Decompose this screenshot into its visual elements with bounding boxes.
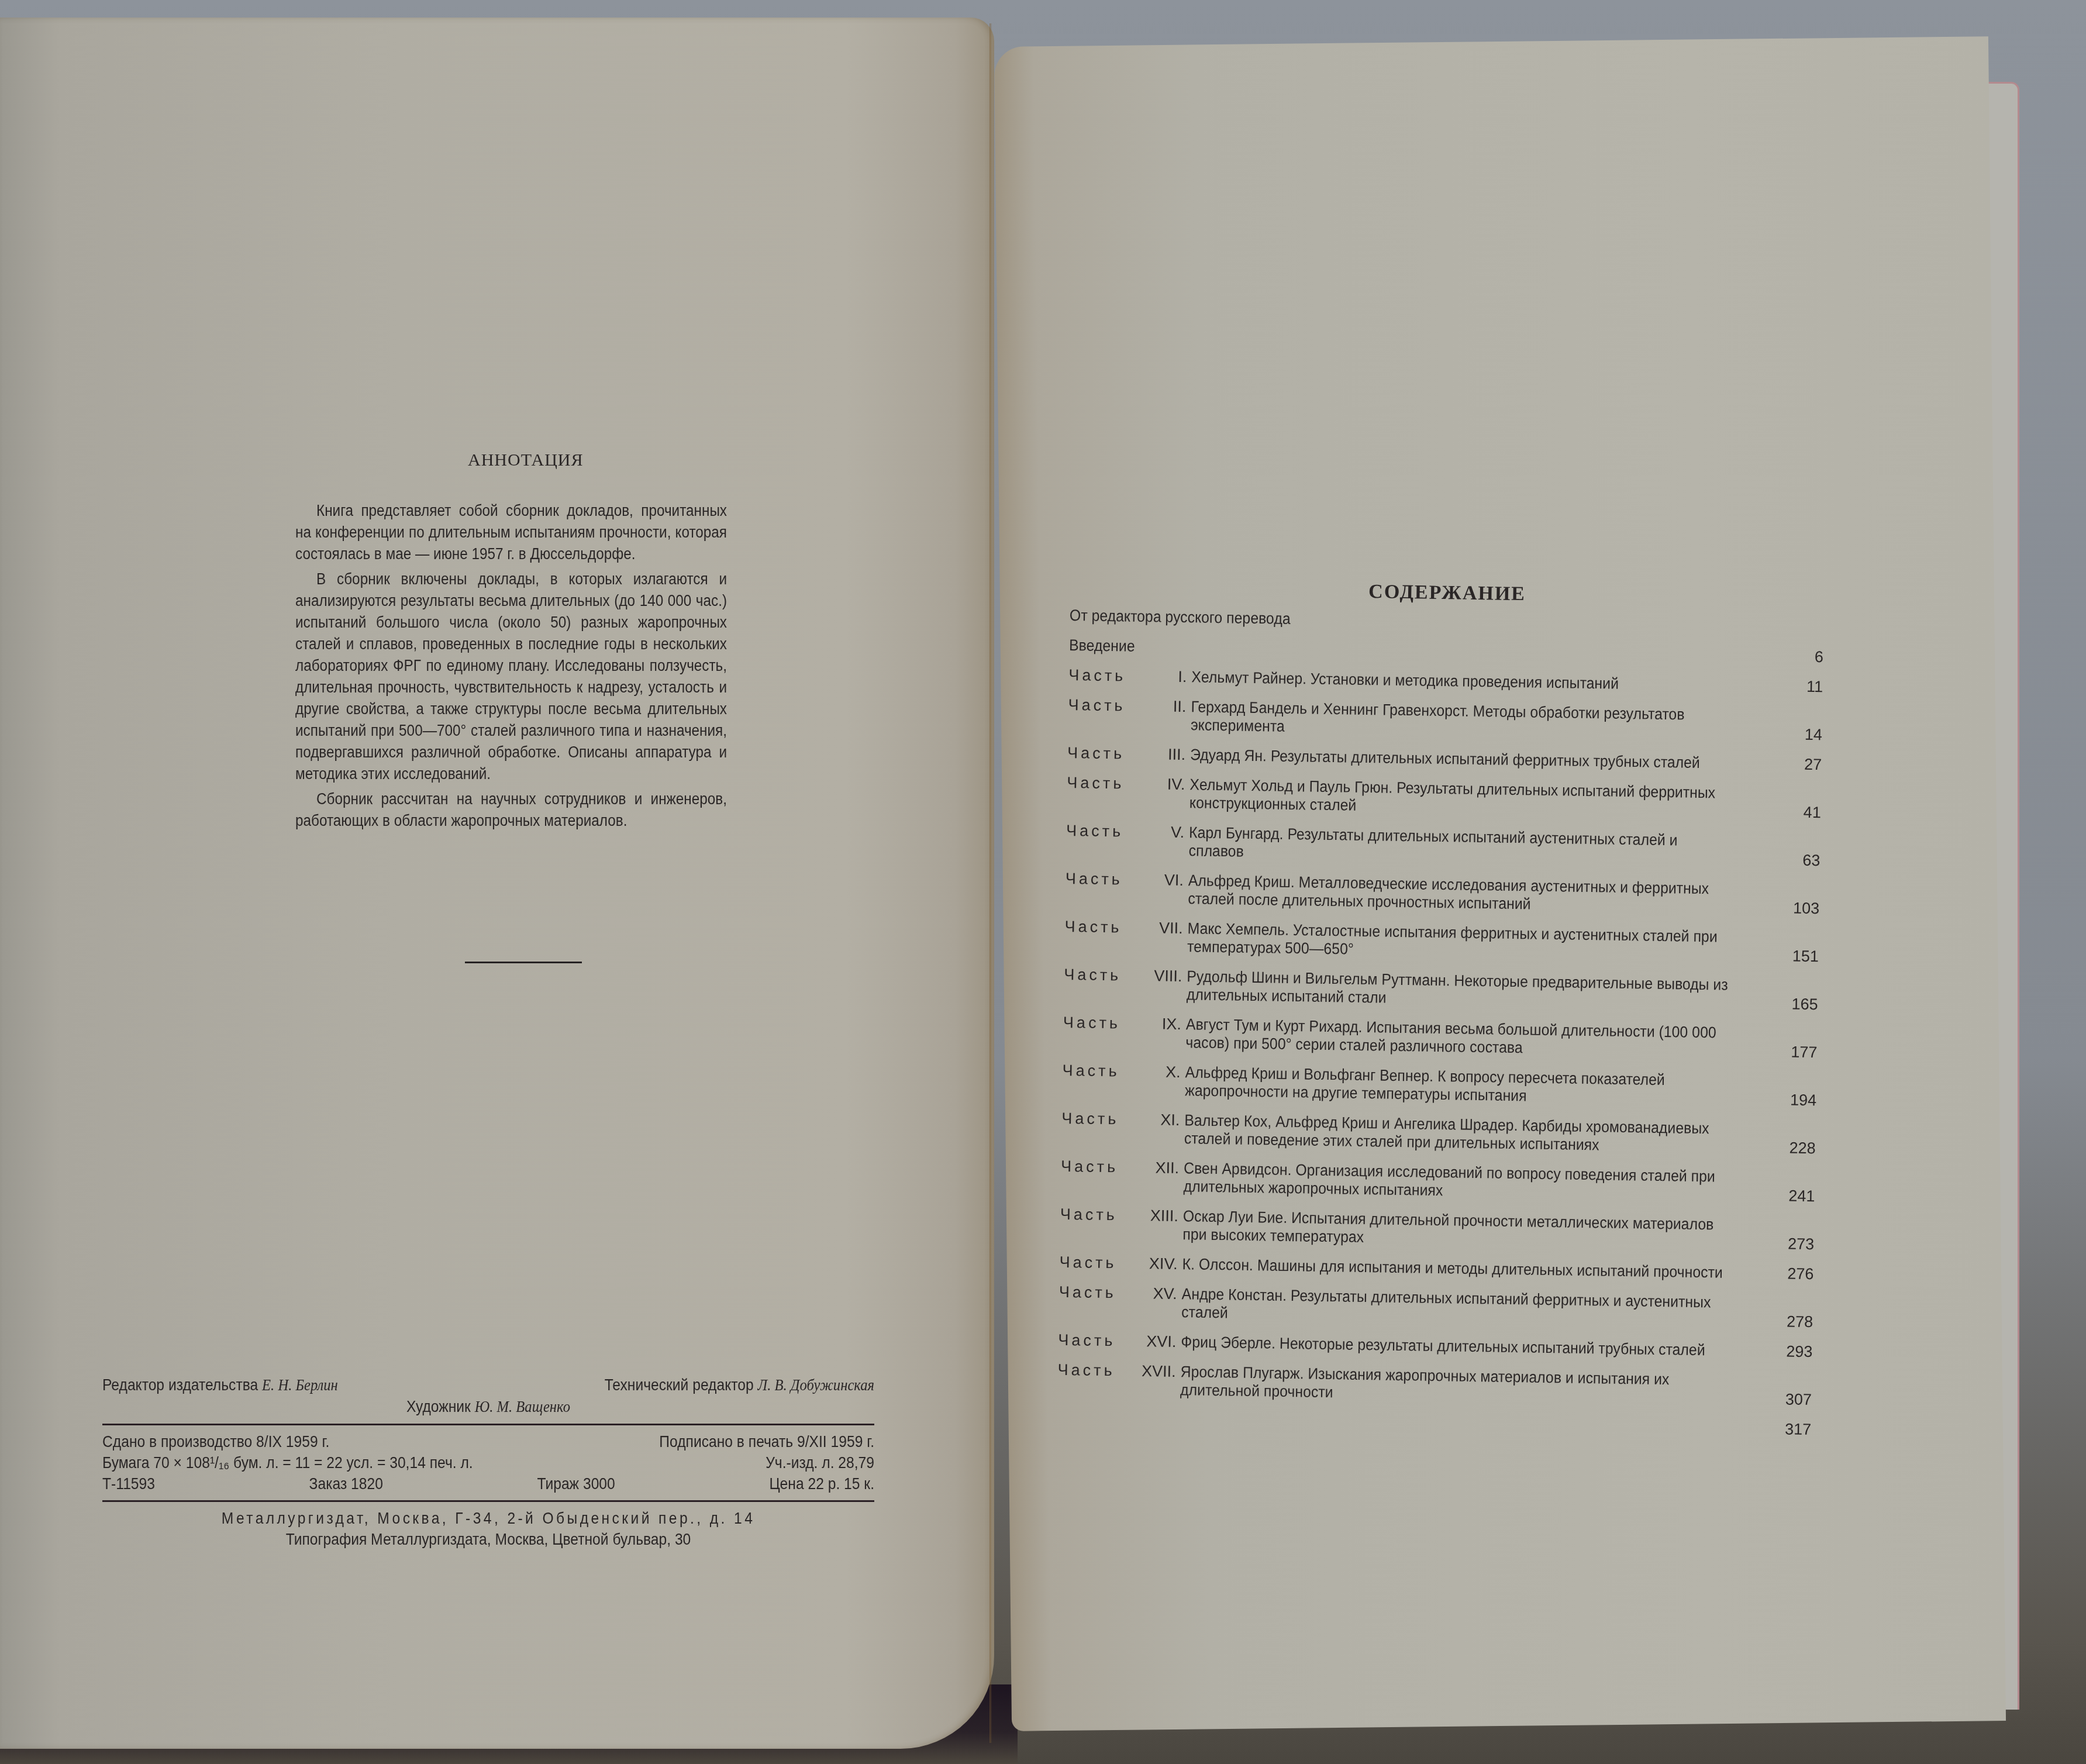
order-number: Заказ 1820 bbox=[309, 1473, 383, 1494]
toc-entry-title: От редактора русского перевода bbox=[1070, 607, 1726, 635]
toc-part-number: XII. bbox=[1125, 1159, 1184, 1178]
toc-part-label: Часть bbox=[1066, 822, 1130, 841]
toc-part-number: XV. bbox=[1123, 1284, 1182, 1304]
annotation-title: АННОТАЦИЯ bbox=[468, 450, 584, 470]
toc-entry-title: Герхард Бандель и Хеннинг Гравенхорст. М… bbox=[1191, 698, 1735, 743]
toc-entry: ЧастьVII.Макс Хемпель. Усталостные испыт… bbox=[1064, 918, 1819, 966]
toc-entry-page: 41 bbox=[1780, 803, 1821, 822]
annotation-body: Книга представляет собой сборник докладо… bbox=[295, 500, 727, 835]
toc-part-label: Часть bbox=[1068, 666, 1133, 685]
toc-entry-page: 276 bbox=[1773, 1265, 1813, 1283]
toc-entry-page: 241 bbox=[1774, 1187, 1815, 1205]
paper-spec: Бумага 70 × 108¹/₁₆ бум. л. = 11 = 22 ус… bbox=[102, 1452, 473, 1473]
toc-entry: ЧастьXI.Вальтер Кох, Альфред Криш и Анге… bbox=[1061, 1110, 1816, 1157]
toc-entry-page: 103 bbox=[1778, 899, 1819, 918]
toc-entry-page: 27 bbox=[1781, 755, 1822, 774]
toc-entry: ЧастьIV.Хельмут Хольд и Пауль Грюн. Резу… bbox=[1067, 774, 1822, 822]
toc-entry-title: Хельмут Райнер. Установки и методика про… bbox=[1191, 668, 1735, 695]
toc-part-number: V. bbox=[1130, 823, 1189, 842]
toc-entry-title: Андре Констан. Результаты длительных исп… bbox=[1181, 1285, 1725, 1330]
toc-trailing-page: 317 bbox=[1057, 1409, 1811, 1439]
toc-entry-title: Макс Хемпель. Усталостные испытания ферр… bbox=[1187, 919, 1731, 964]
artist-credit: Художник Ю. М. Ващенко bbox=[102, 1396, 874, 1418]
toc-entry-title: Альфред Криш и Вольфганг Вепнер. К вопро… bbox=[1185, 1063, 1729, 1108]
order-row: Т-11593 Заказ 1820 Тираж 3000 Цена 22 р.… bbox=[102, 1473, 874, 1494]
imprint-rule bbox=[102, 1424, 874, 1425]
toc-entry: ЧастьIII.Эдуард Ян. Результаты длительны… bbox=[1067, 744, 1822, 774]
toc-entry-page: 293 bbox=[1771, 1342, 1812, 1361]
toc-part-label: Часть bbox=[1066, 870, 1130, 889]
paper-row: Бумага 70 × 108¹/₁₆ бум. л. = 11 = 22 ус… bbox=[102, 1452, 874, 1473]
toc-entry-title: Альфред Криш. Металловедческие исследова… bbox=[1188, 871, 1732, 917]
toc-entry-title: Карл Бунгард. Результаты длительных испы… bbox=[1188, 824, 1732, 869]
toc-part-number: XVII. bbox=[1122, 1362, 1180, 1381]
editors-row: Редактор издательства Е. Н. Берлин Техни… bbox=[102, 1374, 874, 1396]
toc-entry-page: 6 bbox=[1782, 647, 1823, 666]
toc-entry: ЧастьXVII.Ярослав Плугарж. Изыскания жар… bbox=[1057, 1361, 1812, 1409]
toc-part-label: Часть bbox=[1061, 1157, 1125, 1177]
toc-entry: ЧастьIX.Август Тум и Курт Рихард. Испыта… bbox=[1063, 1014, 1818, 1062]
toc-part-number: XIV. bbox=[1123, 1255, 1182, 1274]
toc-part-label: Часть bbox=[1062, 1062, 1126, 1081]
toc-entry-title: Ярослав Плугарж. Изыскания жаропрочных м… bbox=[1180, 1363, 1724, 1408]
toc-part-number: X. bbox=[1126, 1063, 1185, 1082]
editor-label: Редактор издательства bbox=[102, 1376, 258, 1394]
separator-rule bbox=[465, 962, 582, 963]
toc-entry: ЧастьXV.Андре Констан. Результаты длител… bbox=[1058, 1283, 1813, 1331]
toc-entry: ЧастьXII.Свен Арвидсон. Организация иссл… bbox=[1060, 1157, 1815, 1205]
imprint-block: Редактор издательства Е. Н. Берлин Техни… bbox=[102, 1374, 874, 1550]
toc-entry: ЧастьI.Хельмут Райнер. Установки и метод… bbox=[1068, 666, 1823, 696]
toc-entry: ЧастьXIV.К. Олссон. Машины для испытания… bbox=[1059, 1253, 1813, 1283]
toc-entry-page: 228 bbox=[1775, 1139, 1816, 1157]
toc-entry-title: К. Олссон. Машины для испытания и методы… bbox=[1182, 1255, 1726, 1282]
toc-entry: ЧастьXIII.Оскар Луи Бие. Испытания длите… bbox=[1060, 1205, 1815, 1253]
toc-part-label: Часть bbox=[1067, 774, 1131, 793]
toc-entry-title: Хельмут Хольд и Пауль Грюн. Результаты д… bbox=[1189, 776, 1733, 821]
toc-entry-page: 14 bbox=[1781, 725, 1822, 744]
toc-part-number: II. bbox=[1132, 697, 1191, 716]
toc-part-label: Часть bbox=[1064, 918, 1129, 937]
toc-part-label: Часть bbox=[1057, 1361, 1122, 1380]
toc-entry-page: 317 bbox=[1770, 1420, 1811, 1439]
toc-entry-page: 165 bbox=[1777, 995, 1818, 1014]
artist-name: Ю. М. Ващенко bbox=[475, 1398, 570, 1416]
printer-address: Типография Металлургиздата, Москва, Цвет… bbox=[102, 1529, 874, 1550]
production-date: Сдано в производство 8/IX 1959 г. bbox=[102, 1431, 329, 1452]
tech-editor-name: Л. В. Добужинская bbox=[757, 1376, 874, 1394]
toc-part-number: IV. bbox=[1131, 775, 1189, 794]
toc-part-number: VI. bbox=[1130, 871, 1188, 890]
price: Цена 22 р. 15 к. bbox=[769, 1473, 874, 1494]
toc-part-number: VIII. bbox=[1128, 967, 1187, 986]
toc-part-label: Часть bbox=[1068, 696, 1132, 715]
toc-part-number: XVI. bbox=[1122, 1332, 1181, 1352]
publication-code: Т-11593 bbox=[102, 1473, 155, 1494]
toc-entry-title: Эдуард Ян. Результаты длительных испытан… bbox=[1190, 746, 1734, 773]
toc-entry: От редактора русского перевода bbox=[1070, 607, 1824, 636]
dates-row: Сдано в производство 8/IX 1959 г. Подпис… bbox=[102, 1431, 874, 1452]
publisher-address: Металлургиздат, Москва, Г-34, 2-й Обыден… bbox=[102, 1508, 874, 1529]
toc-part-label: Часть bbox=[1060, 1205, 1125, 1225]
tech-editor-label: Технический редактор bbox=[605, 1376, 754, 1394]
toc-entry-page: 11 bbox=[1782, 677, 1823, 696]
toc-part-number: VII. bbox=[1129, 919, 1187, 938]
toc-entry: ЧастьXVI.Фриц Эберле. Некоторые результа… bbox=[1058, 1331, 1812, 1361]
annotation-paragraph: Сборник рассчитан на научных сотрудников… bbox=[295, 788, 727, 832]
toc-entry-title: Свен Арвидсон. Организация исследований … bbox=[1183, 1159, 1727, 1204]
toc-entry: ЧастьVIII.Рудольф Шинн и Вильгельм Руттм… bbox=[1064, 966, 1819, 1014]
toc-entry-page: 177 bbox=[1776, 1043, 1817, 1062]
toc-entry-title: Рудольф Шинн и Вильгельм Руттманн. Некот… bbox=[1187, 967, 1730, 1012]
editor-credit: Редактор издательства Е. Н. Берлин bbox=[102, 1374, 338, 1396]
toc-entry-title: Оскар Луи Бие. Испытания длительной проч… bbox=[1182, 1207, 1726, 1252]
toc-part-number: III. bbox=[1132, 745, 1190, 764]
toc-entry: ЧастьV.Карл Бунгард. Результаты длительн… bbox=[1066, 822, 1820, 870]
toc-part-label: Часть bbox=[1063, 1014, 1128, 1033]
toc-entry-title: Фриц Эберле. Некоторые результаты длител… bbox=[1181, 1333, 1725, 1360]
toc-entry-page: 273 bbox=[1773, 1235, 1814, 1253]
annotation-paragraph: Книга представляет собой сборник докладо… bbox=[295, 500, 727, 565]
toc-part-number: IX. bbox=[1128, 1015, 1186, 1034]
toc-entry-title: Вальтер Кох, Альфред Криш и Ангелика Шра… bbox=[1184, 1111, 1728, 1156]
annotation-paragraph: В сборник включены доклады, в которых из… bbox=[295, 569, 727, 785]
toc-entry-page: 63 bbox=[1779, 851, 1820, 870]
toc-part-number: XIII. bbox=[1125, 1207, 1183, 1226]
toc-part-label: Часть bbox=[1059, 1253, 1123, 1273]
imprint-rule bbox=[102, 1500, 874, 1502]
book-spine bbox=[989, 23, 992, 1743]
toc-entry-title: Введение bbox=[1069, 636, 1726, 665]
toc-entry-title: Август Тум и Курт Рихард. Испытания весь… bbox=[1185, 1015, 1729, 1060]
toc-part-label: Часть bbox=[1061, 1110, 1126, 1129]
toc-parts-list: ЧастьI.Хельмут Райнер. Установки и метод… bbox=[1057, 666, 1823, 1409]
toc-entry-page: 194 bbox=[1775, 1091, 1816, 1110]
toc-entry-page: 307 bbox=[1771, 1390, 1812, 1409]
print-run: Тираж 3000 bbox=[537, 1473, 615, 1494]
toc-entry-page bbox=[1783, 636, 1824, 636]
toc-part-label: Часть bbox=[1059, 1283, 1123, 1303]
signed-date: Подписано в печать 9/XII 1959 г. bbox=[659, 1431, 874, 1452]
tech-editor-credit: Технический редактор Л. В. Добужинская bbox=[605, 1374, 874, 1396]
toc-entry-page: 278 bbox=[1772, 1312, 1813, 1331]
toc-entry: ЧастьVI.Альфред Криш. Металловедческие и… bbox=[1065, 870, 1820, 918]
toc-part-label: Часть bbox=[1058, 1331, 1122, 1350]
editor-name: Е. Н. Берлин bbox=[262, 1376, 338, 1394]
toc-part-label: Часть bbox=[1067, 744, 1132, 763]
edition-sheets: Уч.-изд. л. 28,79 bbox=[766, 1452, 874, 1473]
toc-entry-page: 151 bbox=[1778, 947, 1819, 966]
table-of-contents: СОДЕРЖАНИЕ От редактора русского перевод… bbox=[1057, 576, 1825, 1451]
toc-entry: ЧастьX.Альфред Криш и Вольфганг Вепнер. … bbox=[1062, 1062, 1817, 1110]
toc-entry: Введение 6 bbox=[1069, 636, 1823, 666]
toc-part-number: I. bbox=[1133, 667, 1191, 687]
toc-entry: ЧастьII.Герхард Бандель и Хеннинг Гравен… bbox=[1068, 696, 1823, 744]
artist-label: Художник bbox=[406, 1397, 471, 1415]
toc-part-number: XI. bbox=[1126, 1111, 1184, 1130]
toc-part-label: Часть bbox=[1064, 966, 1128, 985]
